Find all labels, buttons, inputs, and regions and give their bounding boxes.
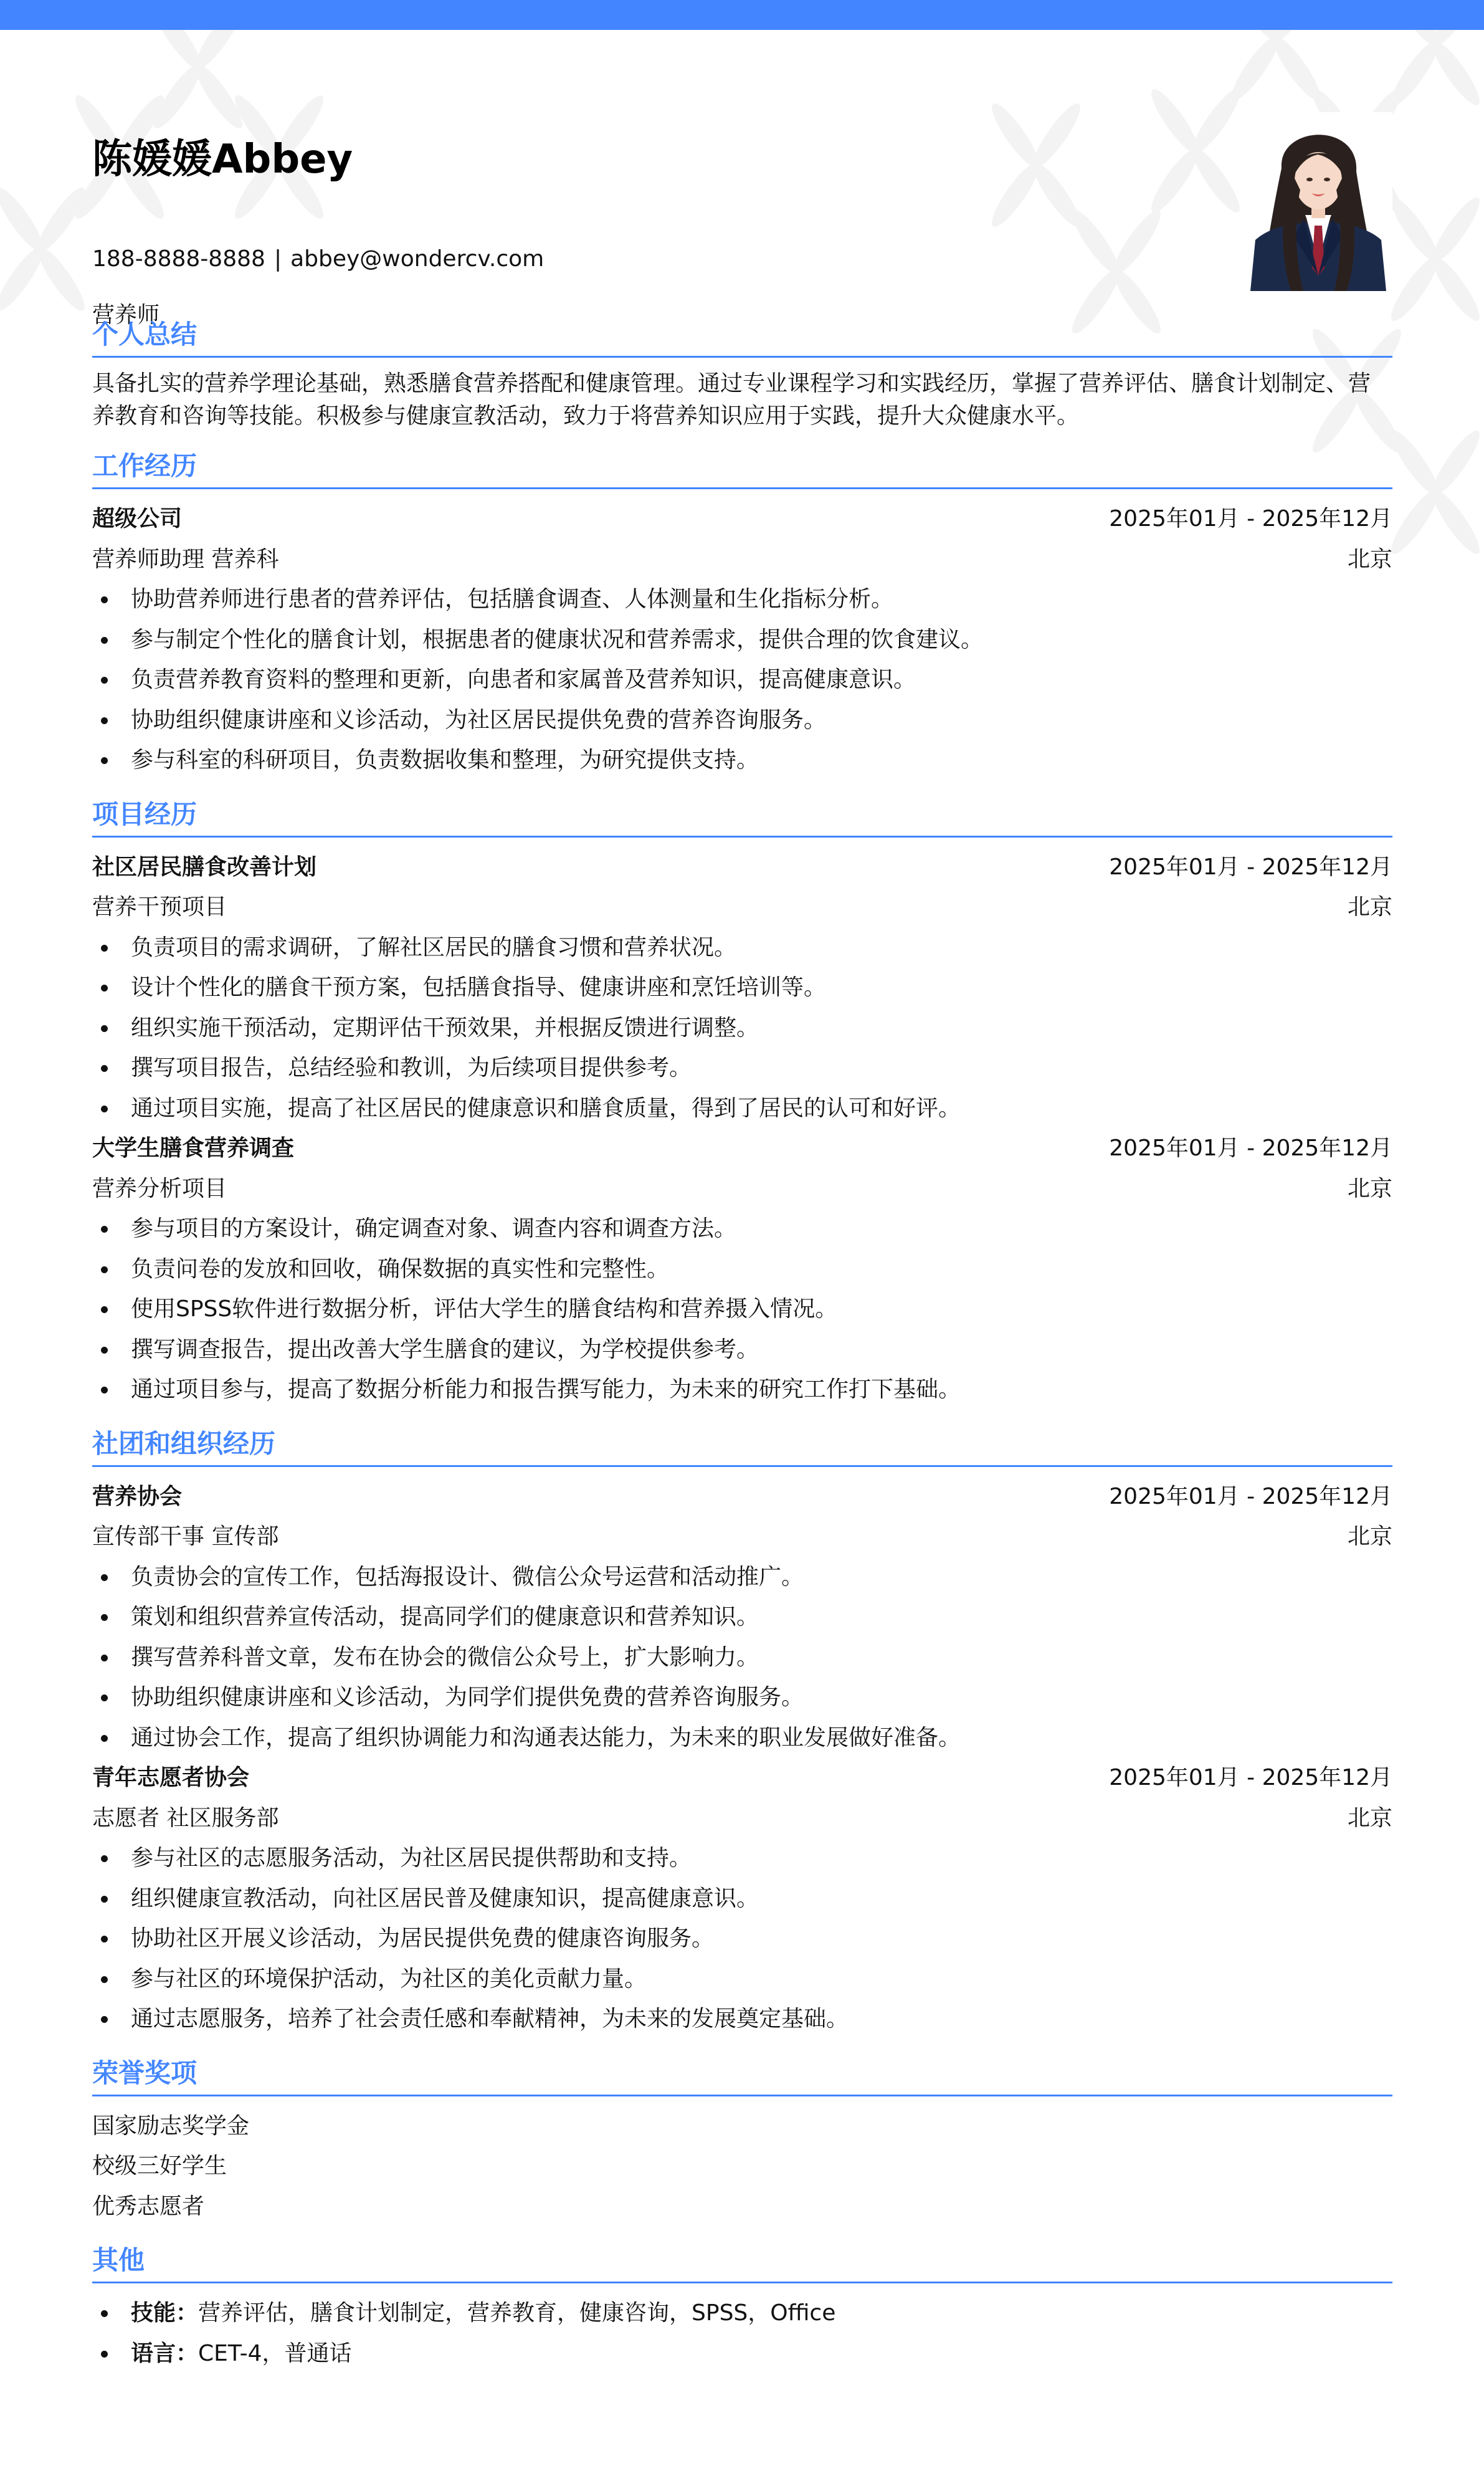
entry-bullet: 使用SPSS软件进行数据分析，评估大学生的膳食结构和营养摄入情况。 [92, 1289, 1392, 1330]
resume-content: 个人总结 具备扎实的营养学理论基础，熟悉膳食营养搭配和健康管理。通过专业课程学习… [92, 316, 1392, 2374]
entry-bullet: 协助组织健康讲座和义诊活动，为社区居民提供免费的营养咨询服务。 [92, 700, 1392, 741]
entry-bullet: 通过协会工作，提高了组织协调能力和沟通表达能力，为未来的职业发展做好准备。 [92, 1718, 1392, 1759]
summary-text: 具备扎实的营养学理论基础，熟悉膳食营养搭配和健康管理。通过专业课程学习和实践经历… [92, 368, 1392, 433]
section-title-organizations: 社团和组织经历 [92, 1425, 1392, 1467]
entry-location: 北京 [1348, 540, 1392, 580]
entry-bullet: 设计个性化的膳食干预方案，包括膳食指导、健康讲座和烹饪培训等。 [92, 968, 1392, 1008]
section-title-work: 工作经历 [92, 447, 1392, 489]
entry-bullet: 负责项目的需求调研，了解社区居民的膳食习惯和营养状况。 [92, 928, 1392, 968]
skills-value: 营养评估，膳食计划制定，营养教育，健康咨询，SPSS，Office [198, 2300, 835, 2326]
entry-bullet: 参与科室的科研项目，负责数据收集和整理，为研究提供支持。 [92, 740, 1392, 781]
section-work: 工作经历 超级公司2025年01月 - 2025年12月 营养师助理 营养科北京… [92, 447, 1392, 781]
entry-bullet: 协助营养师进行患者的营养评估，包括膳食调查、人体测量和生化指标分析。 [92, 580, 1392, 620]
entry-bullet: 通过志愿服务，培养了社会责任感和奉献精神，为未来的发展奠定基础。 [92, 1999, 1392, 2040]
entry-bullet: 协助组织健康讲座和义诊活动，为同学们提供免费的营养咨询服务。 [92, 1678, 1392, 1718]
entry-org: 社区居民膳食改善计划 [92, 848, 316, 888]
section-title-summary: 个人总结 [92, 316, 1392, 358]
profile-photo [1244, 112, 1392, 291]
skills-label: 技能： [131, 2300, 198, 2326]
entry-bullet: 参与制定个性化的膳食计划，根据患者的健康状况和营养需求，提供合理的饮食建议。 [92, 620, 1392, 661]
entry-bullet: 通过项目参与，提高了数据分析能力和报告撰写能力，为未来的研究工作打下基础。 [92, 1370, 1392, 1410]
entry-bullet: 参与社区的环境保护活动，为社区的美化贡献力量。 [92, 1959, 1392, 2000]
entry-bullet: 策划和组织营养宣传活动，提高同学们的健康意识和营养知识。 [92, 1597, 1392, 1638]
honor-item: 国家励志奖学金 [92, 2106, 1392, 2147]
entry-bullet: 撰写项目报告，总结经验和教训，为后续项目提供参考。 [92, 1048, 1392, 1089]
entry-bullet: 负责营养教育资料的整理和更新，向患者和家属普及营养知识，提高健康意识。 [92, 660, 1392, 700]
entry-bullet: 参与社区的志愿服务活动，为社区居民提供帮助和支持。 [92, 1838, 1392, 1879]
contact-separator: | [274, 239, 282, 279]
entry-org: 青年志愿者协会 [92, 1758, 249, 1799]
entry-org: 超级公司 [92, 499, 182, 540]
entry-bullet: 组织实施干预活动，定期评估干预效果，并根据反馈进行调整。 [92, 1008, 1392, 1049]
organization-entry: 青年志愿者协会2025年01月 - 2025年12月 志愿者 社区服务部北京 参… [92, 1758, 1392, 2040]
entry-date: 2025年01月 - 2025年12月 [1109, 499, 1392, 540]
section-title-other: 其他 [92, 2242, 1392, 2283]
languages-item: 语言：CET-4，普通话 [92, 2334, 1392, 2374]
entry-date: 2025年01月 - 2025年12月 [1109, 1129, 1392, 1169]
section-projects: 项目经历 社区居民膳食改善计划2025年01月 - 2025年12月 营养干预项… [92, 796, 1392, 1410]
contact-line: 188-8888-8888|abbey@wondercv.com [92, 239, 544, 279]
entry-date: 2025年01月 - 2025年12月 [1109, 848, 1392, 888]
entry-location: 北京 [1348, 887, 1392, 928]
project-entry: 社区居民膳食改善计划2025年01月 - 2025年12月 营养干预项目北京 负… [92, 848, 1392, 1129]
entry-date: 2025年01月 - 2025年12月 [1109, 1758, 1392, 1799]
section-honors: 荣誉奖项 国家励志奖学金 校级三好学生 优秀志愿者 [92, 2055, 1392, 2227]
organization-entry: 营养协会2025年01月 - 2025年12月 宣传部干事 宣传部北京 负责协会… [92, 1477, 1392, 1759]
entry-role: 营养师助理 营养科 [92, 540, 278, 580]
section-summary: 个人总结 具备扎实的营养学理论基础，熟悉膳食营养搭配和健康管理。通过专业课程学习… [92, 316, 1392, 433]
section-title-honors: 荣誉奖项 [92, 2055, 1392, 2096]
entry-location: 北京 [1348, 1169, 1392, 1210]
entry-bullet: 组织健康宣教活动，向社区居民普及健康知识，提高健康意识。 [92, 1879, 1392, 1919]
entry-role: 营养分析项目 [92, 1169, 227, 1210]
portrait-illustration [1244, 112, 1392, 291]
candidate-name: 陈媛媛Abbey [92, 122, 353, 197]
entry-bullet: 撰写调查报告，提出改善大学生膳食的建议，为学校提供参考。 [92, 1330, 1392, 1370]
email-address: abbey@wondercv.com [290, 246, 544, 272]
skills-item: 技能：营养评估，膳食计划制定，营养教育，健康咨询，SPSS，Office [92, 2293, 1392, 2334]
entry-org: 营养协会 [92, 1477, 182, 1517]
entry-bullet: 协助社区开展义诊活动，为居民提供免费的健康咨询服务。 [92, 1919, 1392, 1959]
languages-label: 语言： [131, 2341, 198, 2366]
entry-bullet: 撰写营养科普文章，发布在协会的微信公众号上，扩大影响力。 [92, 1638, 1392, 1678]
entry-bullet: 负责协会的宣传工作，包括海报设计、微信公众号运营和活动推广。 [92, 1557, 1392, 1598]
honor-item: 校级三好学生 [92, 2146, 1392, 2187]
section-title-projects: 项目经历 [92, 796, 1392, 838]
honor-item: 优秀志愿者 [92, 2187, 1392, 2227]
languages-value: CET-4，普通话 [198, 2341, 351, 2366]
entry-role: 宣传部干事 宣传部 [92, 1517, 278, 1557]
entry-bullet: 负责问卷的发放和回收，确保数据的真实性和完整性。 [92, 1250, 1392, 1290]
section-organizations: 社团和组织经历 营养协会2025年01月 - 2025年12月 宣传部干事 宣传… [92, 1425, 1392, 2040]
section-other: 其他 技能：营养评估，膳食计划制定，营养教育，健康咨询，SPSS，Office … [92, 2242, 1392, 2374]
top-accent-bar [0, 0, 1484, 30]
entry-date: 2025年01月 - 2025年12月 [1109, 1477, 1392, 1517]
entry-role: 营养干预项目 [92, 887, 227, 928]
entry-bullet: 通过项目实施，提高了社区居民的健康意识和膳食质量，得到了居民的认可和好评。 [92, 1089, 1392, 1129]
project-entry: 大学生膳食营养调查2025年01月 - 2025年12月 营养分析项目北京 参与… [92, 1129, 1392, 1410]
work-entry: 超级公司2025年01月 - 2025年12月 营养师助理 营养科北京 协助营养… [92, 499, 1392, 781]
phone-number: 188-8888-8888 [92, 246, 265, 272]
entry-org: 大学生膳食营养调查 [92, 1129, 294, 1169]
entry-role: 志愿者 社区服务部 [92, 1799, 278, 1839]
entry-bullet: 参与项目的方案设计，确定调查对象、调查内容和调查方法。 [92, 1209, 1392, 1250]
entry-location: 北京 [1348, 1517, 1392, 1557]
entry-location: 北京 [1348, 1799, 1392, 1839]
